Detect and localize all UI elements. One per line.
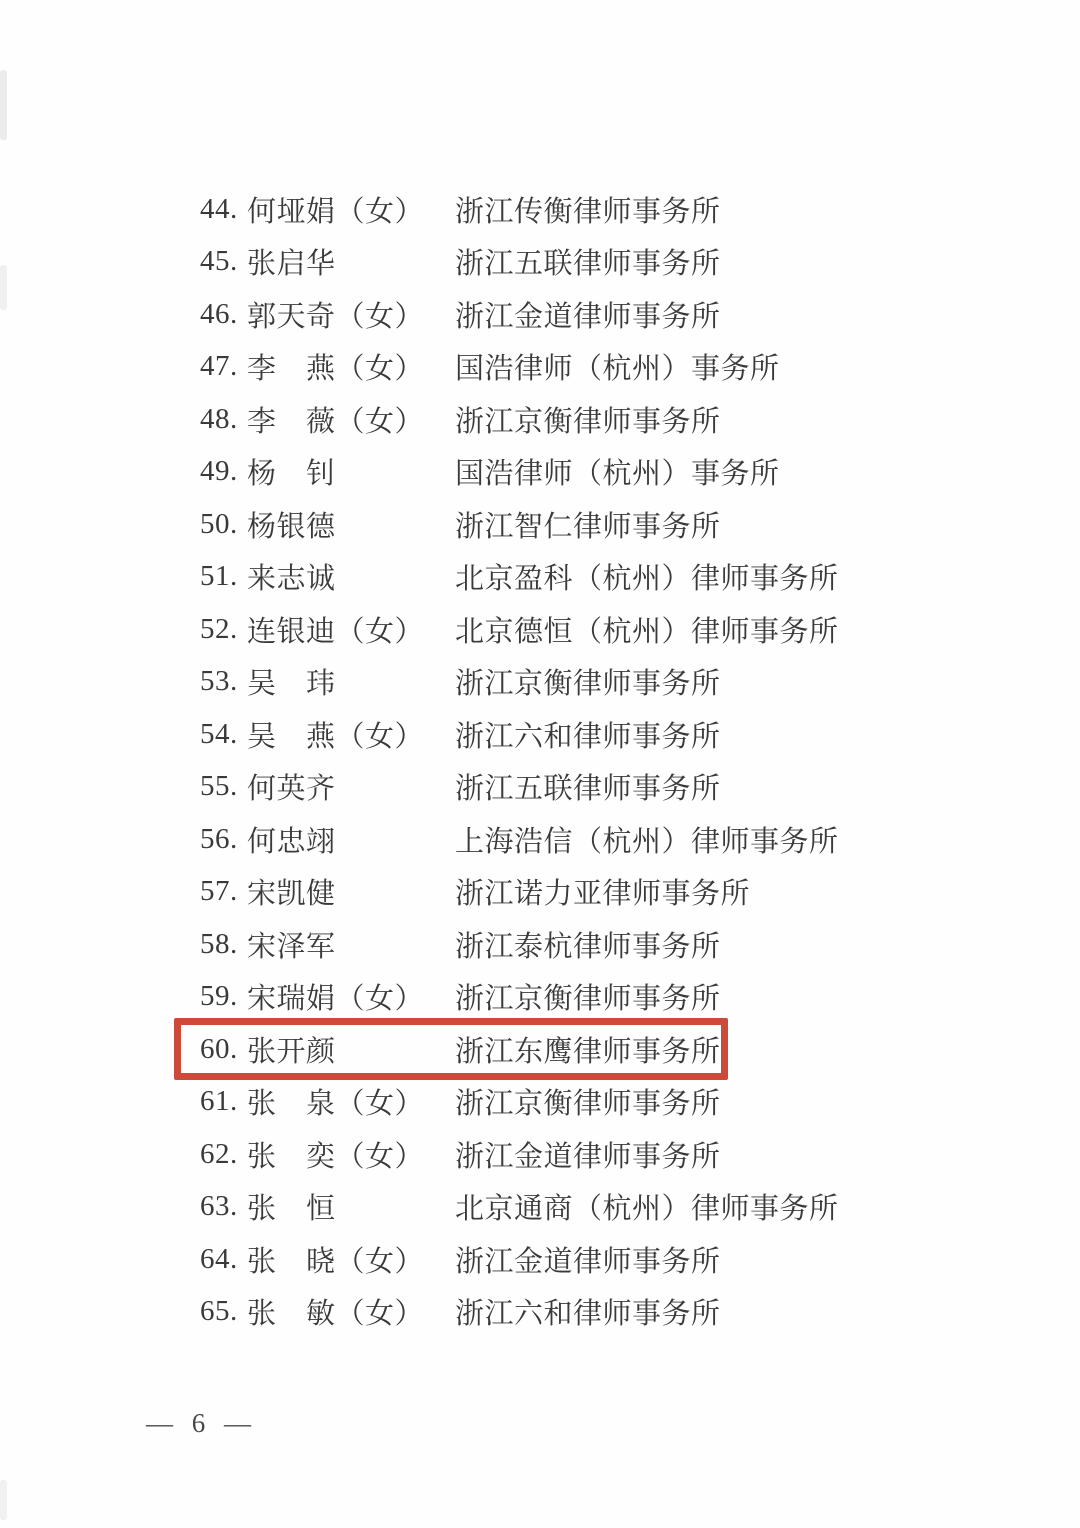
document-page: 44.何垭娟（女）浙江传衡律师事务所45.张启华浙江五联律师事务所46.郭天奇（… bbox=[0, 0, 1080, 1528]
law-firm: 北京盈科（杭州）律师事务所 bbox=[455, 556, 839, 597]
list-item: 58.宋泽军浙江泰杭律师事务所 bbox=[200, 918, 1020, 971]
lawyer-name: 吴 燕（女） bbox=[247, 714, 455, 755]
row-number: 60. bbox=[200, 1033, 247, 1066]
lawyer-name: 张 泉（女） bbox=[247, 1081, 455, 1122]
list-item: 44.何垭娟（女）浙江传衡律师事务所 bbox=[200, 183, 1020, 236]
row-number: 54. bbox=[200, 718, 247, 751]
list-item: 63.张 恒北京通商（杭州）律师事务所 bbox=[200, 1181, 1020, 1234]
list-item: 50.杨银德浙江智仁律师事务所 bbox=[200, 498, 1020, 551]
lawyer-name: 张启华 bbox=[247, 241, 455, 282]
law-firm: 浙江京衡律师事务所 bbox=[455, 399, 721, 440]
lawyer-name: 张 敏（女） bbox=[247, 1291, 455, 1332]
row-number: 63. bbox=[200, 1190, 247, 1223]
lawyer-name: 何垭娟（女） bbox=[247, 189, 455, 230]
list-item: 45.张启华浙江五联律师事务所 bbox=[200, 236, 1020, 289]
row-number: 62. bbox=[200, 1138, 247, 1171]
law-firm: 北京通商（杭州）律师事务所 bbox=[455, 1186, 839, 1227]
lawyer-name: 张开颜 bbox=[247, 1029, 455, 1070]
lawyer-name: 郭天奇（女） bbox=[247, 294, 455, 335]
lawyer-name: 李 薇（女） bbox=[247, 399, 455, 440]
row-number: 55. bbox=[200, 770, 247, 803]
list-item: 47.李 燕（女）国浩律师（杭州）事务所 bbox=[200, 341, 1020, 394]
lawyer-name: 张 晓（女） bbox=[247, 1239, 455, 1280]
lawyer-name: 张 奕（女） bbox=[247, 1134, 455, 1175]
list-item: 55.何英齐浙江五联律师事务所 bbox=[200, 761, 1020, 814]
list-item: 48.李 薇（女）浙江京衡律师事务所 bbox=[200, 393, 1020, 446]
law-firm: 浙江五联律师事务所 bbox=[455, 766, 721, 807]
law-firm: 上海浩信（杭州）律师事务所 bbox=[455, 819, 839, 860]
row-number: 49. bbox=[200, 455, 247, 488]
row-number: 46. bbox=[200, 298, 247, 331]
row-number: 52. bbox=[200, 613, 247, 646]
list-item: 51.来志诚北京盈科（杭州）律师事务所 bbox=[200, 551, 1020, 604]
list-item: 53.吴 玮浙江京衡律师事务所 bbox=[200, 656, 1020, 709]
row-number: 45. bbox=[200, 245, 247, 278]
highlighted-row: 60.张开颜浙江东鹰律师事务所 bbox=[200, 1023, 1020, 1076]
list-item: 56.何忠翊上海浩信（杭州）律师事务所 bbox=[200, 813, 1020, 866]
list-item: 54.吴 燕（女）浙江六和律师事务所 bbox=[200, 708, 1020, 761]
list-item: 46.郭天奇（女）浙江金道律师事务所 bbox=[200, 288, 1020, 341]
law-firm: 浙江传衡律师事务所 bbox=[455, 189, 721, 230]
row-number: 51. bbox=[200, 560, 247, 593]
law-firm: 浙江六和律师事务所 bbox=[455, 1291, 721, 1332]
list-item: 61.张 泉（女）浙江京衡律师事务所 bbox=[200, 1076, 1020, 1129]
lawyer-name: 杨银德 bbox=[247, 504, 455, 545]
law-firm: 浙江六和律师事务所 bbox=[455, 714, 721, 755]
row-number: 59. bbox=[200, 980, 247, 1013]
row-number: 61. bbox=[200, 1085, 247, 1118]
list-item: 59.宋瑞娟（女）浙江京衡律师事务所 bbox=[200, 971, 1020, 1024]
lawyer-name: 连银迪（女） bbox=[247, 609, 455, 650]
list-item: 57.宋凯健浙江诺力亚律师事务所 bbox=[200, 866, 1020, 919]
row-number: 64. bbox=[200, 1243, 247, 1276]
law-firm: 浙江诺力亚律师事务所 bbox=[455, 871, 750, 912]
law-firm: 浙江京衡律师事务所 bbox=[455, 1081, 721, 1122]
row-number: 47. bbox=[200, 350, 247, 383]
lawyer-name: 杨 钊 bbox=[247, 451, 455, 492]
lawyer-name: 张 恒 bbox=[247, 1186, 455, 1227]
row-number: 58. bbox=[200, 928, 247, 961]
lawyer-list: 44.何垭娟（女）浙江传衡律师事务所45.张启华浙江五联律师事务所46.郭天奇（… bbox=[200, 183, 1020, 1338]
list-item: 64.张 晓（女）浙江金道律师事务所 bbox=[200, 1233, 1020, 1286]
row-number: 56. bbox=[200, 823, 247, 856]
list-item: 52.连银迪（女）北京德恒（杭州）律师事务所 bbox=[200, 603, 1020, 656]
law-firm: 浙江金道律师事务所 bbox=[455, 294, 721, 335]
row-number: 48. bbox=[200, 403, 247, 436]
law-firm: 浙江智仁律师事务所 bbox=[455, 504, 721, 545]
list-item: 65.张 敏（女）浙江六和律师事务所 bbox=[200, 1286, 1020, 1339]
list-item: 49.杨 钊国浩律师（杭州）事务所 bbox=[200, 446, 1020, 499]
row-number: 65. bbox=[200, 1295, 247, 1328]
law-firm: 浙江金道律师事务所 bbox=[455, 1134, 721, 1175]
scan-artifact bbox=[0, 70, 7, 140]
lawyer-name: 宋泽军 bbox=[247, 924, 455, 965]
law-firm: 浙江五联律师事务所 bbox=[455, 241, 721, 282]
law-firm: 浙江京衡律师事务所 bbox=[455, 976, 721, 1017]
page-number: — 6 — bbox=[146, 1408, 257, 1439]
row-number: 50. bbox=[200, 508, 247, 541]
lawyer-name: 何忠翊 bbox=[247, 819, 455, 860]
law-firm: 浙江金道律师事务所 bbox=[455, 1239, 721, 1280]
law-firm: 国浩律师（杭州）事务所 bbox=[455, 451, 780, 492]
lawyer-name: 宋凯健 bbox=[247, 871, 455, 912]
law-firm: 浙江京衡律师事务所 bbox=[455, 661, 721, 702]
lawyer-name: 李 燕（女） bbox=[247, 346, 455, 387]
lawyer-name: 吴 玮 bbox=[247, 661, 455, 702]
law-firm: 浙江泰杭律师事务所 bbox=[455, 924, 721, 965]
law-firm: 北京德恒（杭州）律师事务所 bbox=[455, 609, 839, 650]
law-firm: 国浩律师（杭州）事务所 bbox=[455, 346, 780, 387]
lawyer-name: 何英齐 bbox=[247, 766, 455, 807]
law-firm: 浙江东鹰律师事务所 bbox=[455, 1029, 721, 1070]
row-number: 57. bbox=[200, 875, 247, 908]
lawyer-name: 来志诚 bbox=[247, 556, 455, 597]
row-number: 53. bbox=[200, 665, 247, 698]
lawyer-name: 宋瑞娟（女） bbox=[247, 976, 455, 1017]
scan-artifact bbox=[0, 1480, 7, 1520]
row-number: 44. bbox=[200, 193, 247, 226]
scan-artifact bbox=[0, 265, 7, 310]
list-item: 62.张 奕（女）浙江金道律师事务所 bbox=[200, 1128, 1020, 1181]
